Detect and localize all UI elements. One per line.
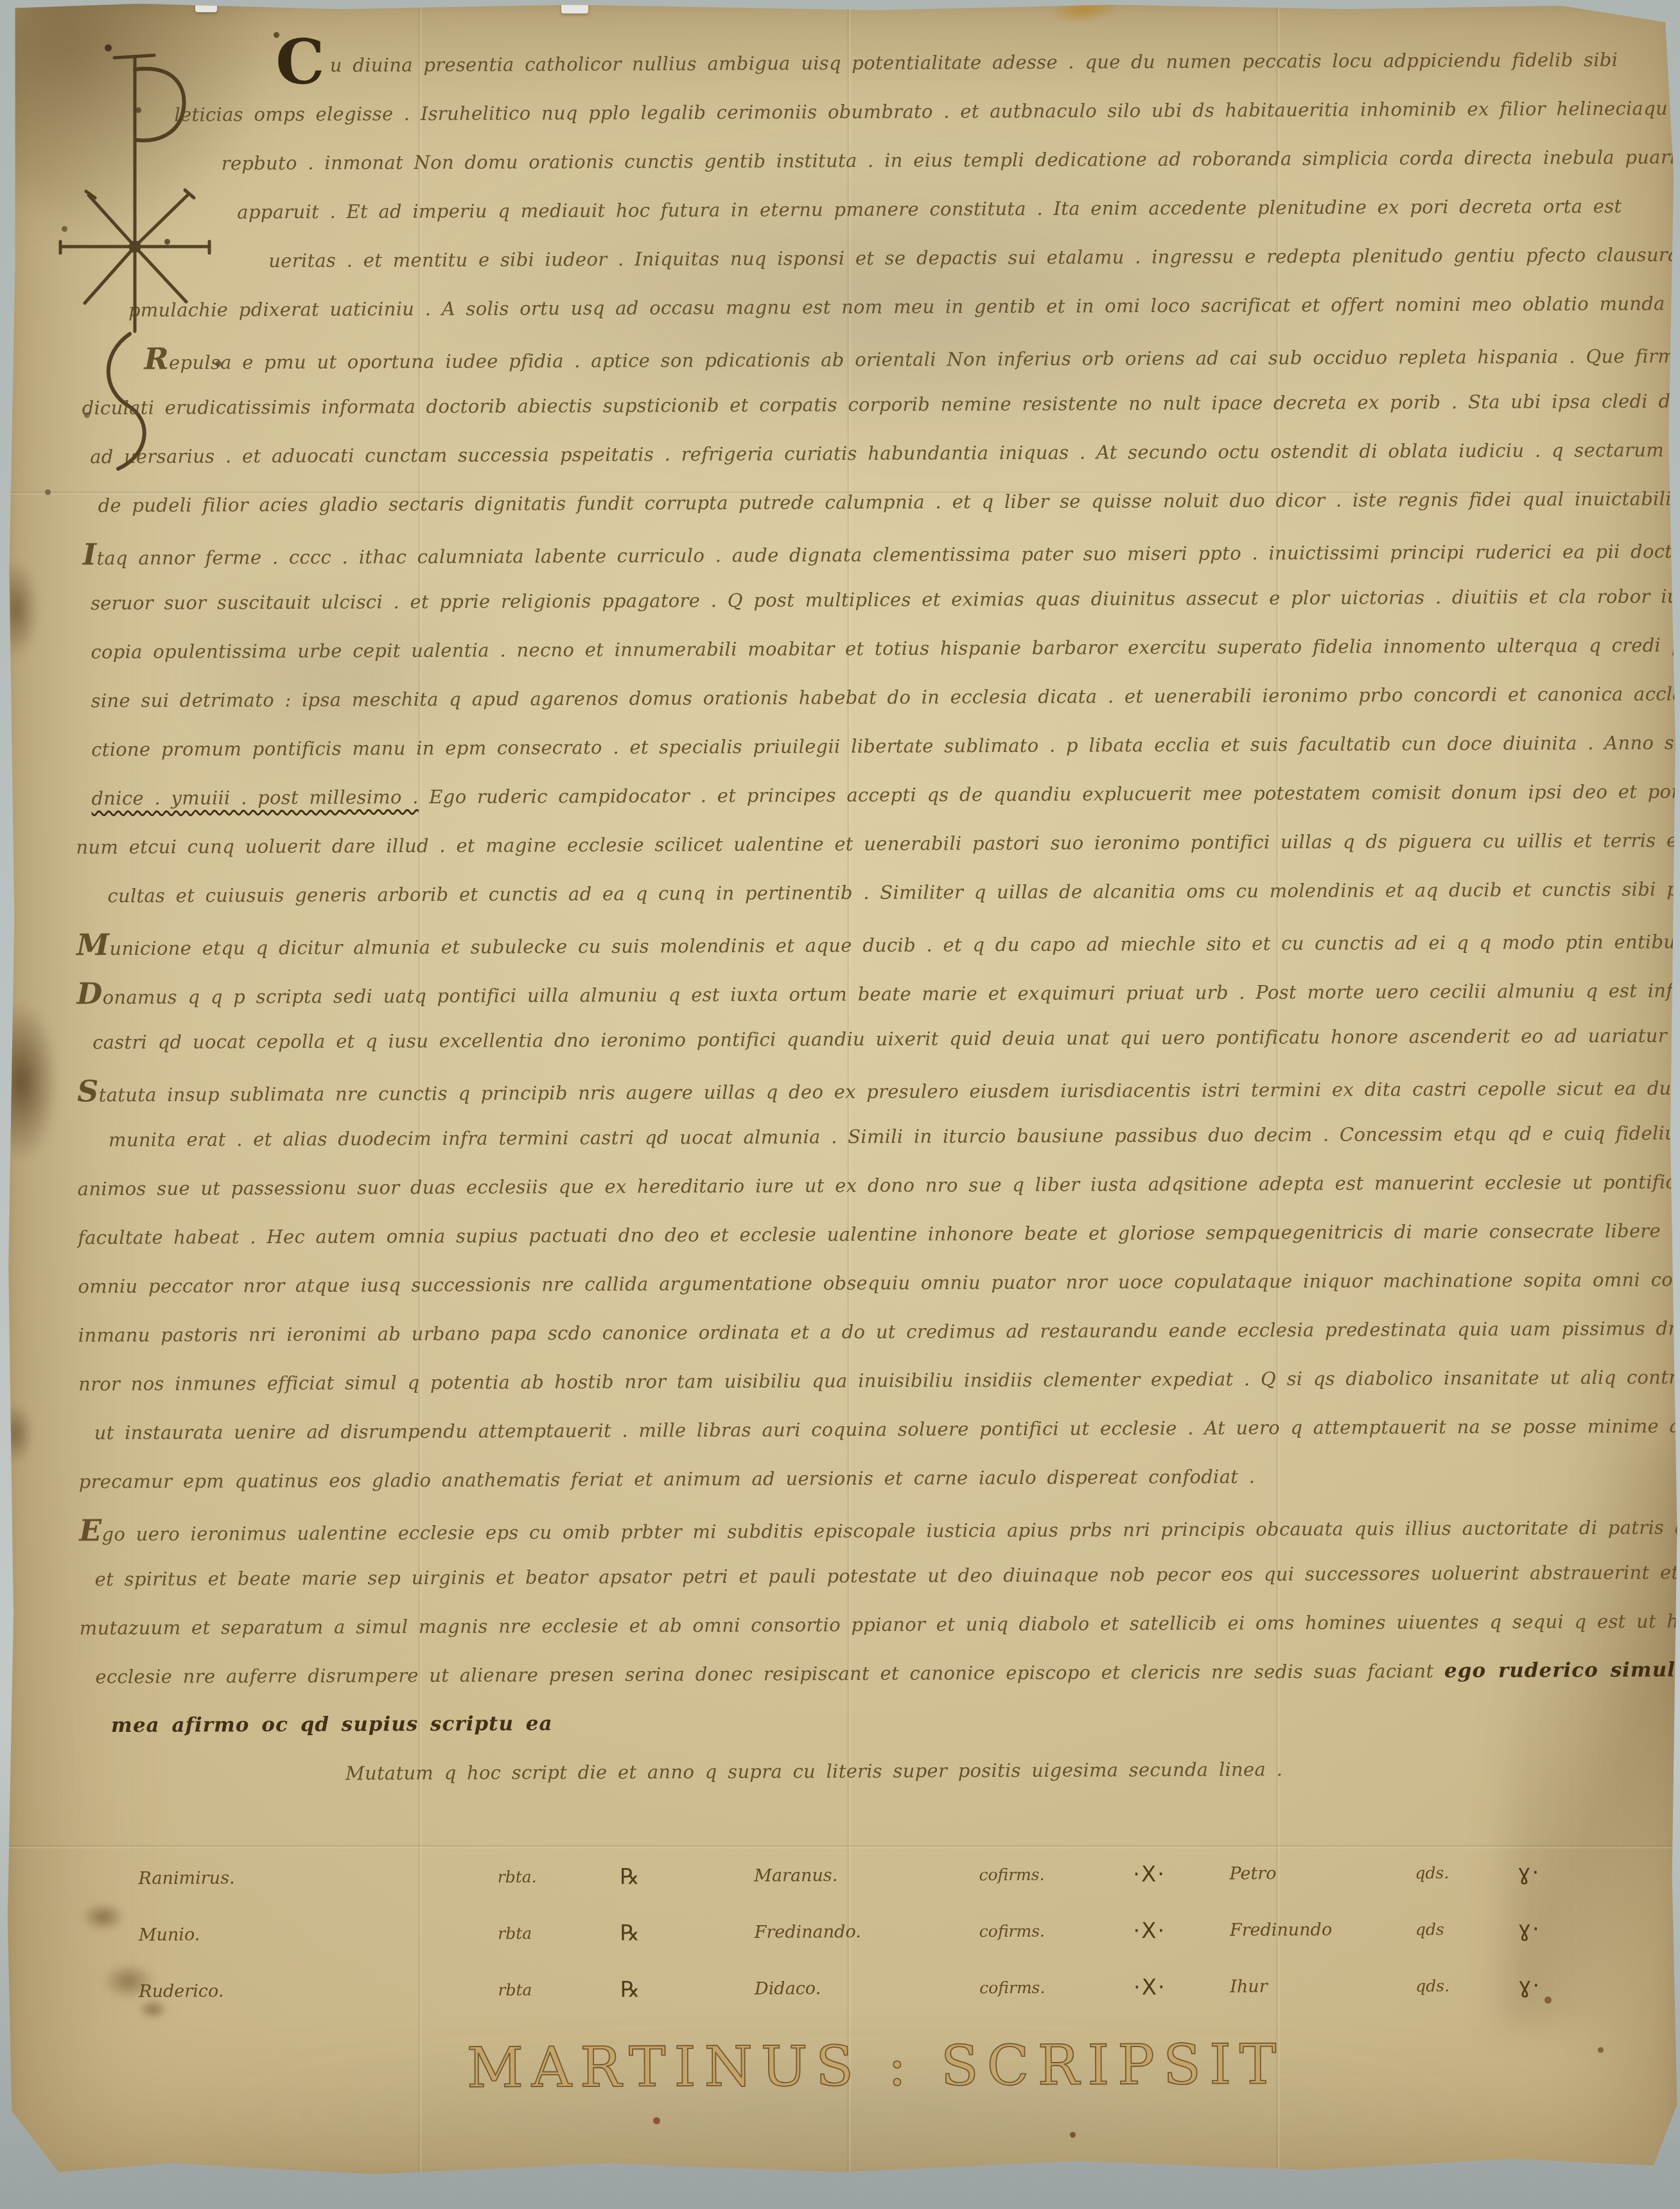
text-segment: seruor suor suscitauit ulcisci . et ppri… <box>91 585 1680 614</box>
signatory-name: Ihur <box>1230 1962 1415 2011</box>
text-segment: tatuta insup sublimata nre cunctis q pri… <box>99 1076 1680 1106</box>
manuscript-line: de pudeli filior acies gladio sectaris d… <box>74 475 1635 530</box>
attestation-label: qds <box>1415 1906 1518 1954</box>
text-segment: apparuit . Et ad imperiu q mediauit hoc … <box>237 195 1622 223</box>
signatory-name: Ranimirus. <box>138 1853 498 1902</box>
manuscript-line: Ego uero ieronimus ualentine ecclesie ep… <box>79 1499 1640 1555</box>
manuscript-line: dnice . ymuiii . post millesimo . Ego ru… <box>76 767 1636 823</box>
text-segment: E <box>79 1513 102 1548</box>
attestation-label: qds. <box>1415 1849 1518 1898</box>
text-segment: animos sue ut passessionu suor duas eccl… <box>78 1170 1680 1200</box>
manuscript-line: omniu peccator nror atque iusq successio… <box>78 1255 1638 1311</box>
dated-clause-underlined: dnice . ymuiii . post millesimo . <box>91 786 418 809</box>
signum-mark: ·X· <box>1133 1963 1230 2011</box>
signatory-name: Fredinundo <box>1230 1906 1415 1954</box>
text-segment: u diuina presentia catholicor nullius am… <box>330 49 1618 76</box>
text-segment: taq annor ferme . cccc . ithac calumniat… <box>96 540 1680 570</box>
text-segment: ueritas . et mentitu e sibi iudeor . Ini… <box>268 243 1680 272</box>
attestation-label: cofirms. <box>979 1851 1133 1899</box>
signatory-name: Munio. <box>139 1910 498 1959</box>
text-segment: mutazuum et separatum a simul magnis nre… <box>80 1610 1680 1639</box>
manuscript-line: castri qd uocat cepolla et q iusu excell… <box>77 1011 1638 1067</box>
autograph-segment: mea afirmo oc qd supius scriptu ea <box>111 1712 553 1737</box>
text-segment: unicione etqu q dicitur almunia et subul… <box>109 930 1680 959</box>
attestation-label: rbta <box>498 1966 620 2014</box>
text-segment: ctione promum pontificis manu in epm con… <box>91 731 1680 760</box>
text-segment: C <box>276 26 325 98</box>
manuscript-line: cultas et cuiusuis generis arborib et cu… <box>76 865 1637 921</box>
manuscript-line: ctione promum pontificis manu in epm con… <box>76 719 1636 774</box>
manuscript-line: Mutatum q hoc script die et anno q supra… <box>80 1743 1641 1799</box>
manuscript-line: ad uersarius . et aduocati cunctam succe… <box>74 426 1635 482</box>
manuscript-line: ueritas . et mentitu e sibi iudeor . Ini… <box>73 231 1634 286</box>
signatory-name: Fredinando. <box>754 1908 979 1957</box>
text-segment: R <box>144 342 169 376</box>
manuscript-line: et spiritus et beate marie sep uirginis … <box>79 1548 1640 1604</box>
signum-mark: ℞ <box>620 1966 755 2014</box>
text-segment: precamur epm quatinus eos gladio anathem… <box>79 1465 1256 1492</box>
manuscript-line: leticias omps elegisse . Isruhelitico nu… <box>73 84 1633 140</box>
text-segment: ad uersarius . et aduocati cunctam succe… <box>90 438 1680 467</box>
text-segment: pmulachie pdixerat uaticiniu . A solis o… <box>128 292 1680 321</box>
text-segment: go uero ieronimus ualentine ecclesie eps… <box>101 1516 1680 1546</box>
charter-text: Cu diuina presentia catholicor nullius a… <box>73 35 1642 2102</box>
signatory-name: Maranus. <box>754 1851 979 1900</box>
text-segment: M <box>76 927 109 962</box>
manuscript-line: diculati erudicatissimis informata docto… <box>74 377 1634 433</box>
text-segment: S <box>77 1074 99 1108</box>
signature-block: Ranimirus.rbta.℞Maranus.cofirms.·X·Petro… <box>138 1849 1648 2016</box>
text-segment: copia opulentissima urbe cepit ualentia … <box>91 634 1680 663</box>
text-segment: cultas et cuiusuis generis arborib et cu… <box>107 878 1680 907</box>
autograph-segment: ego ruderico simul cu coniuge <box>1444 1657 1680 1682</box>
signatory-name: Didaco. <box>755 1964 979 2013</box>
text-segment: I <box>83 537 97 572</box>
text-segment: D <box>76 976 102 1011</box>
manuscript-line: pmulachie pdixerat uaticiniu . A solis o… <box>74 279 1634 335</box>
text-segment: sine sui detrimato : ipsa meschita q apu… <box>91 682 1680 712</box>
signum-mark: ·X· <box>1133 1850 1230 1898</box>
text-segment: de pudeli filior acies gladio sectaris d… <box>98 487 1680 516</box>
attestation-label: qds. <box>1415 1962 1518 2011</box>
manuscript-line: mutazuum et separatum a simul magnis nre… <box>80 1597 1640 1653</box>
text-segment: num etcui cunq uoluerit dare illud . et … <box>76 828 1680 858</box>
manuscript-line: apparuit . Et ad imperiu q mediauit hoc … <box>73 182 1634 238</box>
manuscript-lines: Cu diuina presentia catholicor nullius a… <box>73 35 1641 1799</box>
manuscript-line: Statuta insup sublimata nre cunctis q pr… <box>77 1060 1638 1116</box>
manuscript-line: mea afirmo oc qd supius scriptu ea <box>80 1695 1640 1751</box>
manuscript-line: facultate habeat . Hec autem omnia supiu… <box>78 1207 1638 1262</box>
text-segment: ecclesie nre auferre disrumpere ut alien… <box>95 1660 1444 1688</box>
text-segment: onamus q q p scripta sedi uatq pontifici… <box>103 979 1680 1009</box>
text-segment: Ego ruderic campidocator . et principes … <box>419 779 1680 808</box>
text-segment: facultate habeat . Hec autem omnia supiu… <box>78 1219 1680 1248</box>
charter-photograph: Cu diuina presentia catholicor nullius a… <box>0 0 1680 2209</box>
manuscript-line: Cu diuina presentia catholicor nullius a… <box>73 35 1633 91</box>
text-segment: repbuto . inmonat Non domu orationis cun… <box>222 146 1680 174</box>
manuscript-line: copia opulentissima urbe cepit ualentia … <box>75 621 1636 677</box>
manuscript-line: nror nos inmunes efficiat simul q potent… <box>78 1353 1639 1409</box>
text-segment: omniu peccator nror atque iusq successio… <box>78 1268 1680 1297</box>
signum-mark: ɣ· <box>1518 1849 1647 1897</box>
signum-mark: ɣ· <box>1518 1962 1648 2010</box>
manuscript-line: seruor suor suscitauit ulcisci . et ppri… <box>75 572 1636 628</box>
signatory-name: Ruderico. <box>139 1966 498 2015</box>
attestation-label: rbta <box>498 1910 620 1958</box>
text-segment: et spiritus et beate marie sep uirginis … <box>95 1560 1680 1590</box>
text-segment: inmanu pastoris nri ieronimi ab urbano p… <box>78 1316 1680 1346</box>
signatory-name: Petro <box>1229 1849 1415 1898</box>
text-segment: nror nos inmunes efficiat simul q potent… <box>78 1365 1680 1395</box>
manuscript-line: sine sui detrimato : ipsa meschita q apu… <box>75 670 1636 726</box>
text-segment: munita erat . et alias duodecim infra te… <box>109 1122 1680 1151</box>
signum-mark: ·X· <box>1133 1907 1230 1955</box>
signum-mark: ℞ <box>620 1909 754 1957</box>
text-segment: Mutatum q hoc script die et anno q supra… <box>346 1758 1282 1784</box>
attestation-label: cofirms. <box>979 1907 1133 1955</box>
manuscript-line: inmanu pastoris nri ieronimi ab urbano p… <box>78 1304 1639 1360</box>
manuscript-line: Donamus q q p scripta sedi uatq pontific… <box>76 963 1637 1018</box>
manuscript-line: Itaq annor ferme . cccc . ithac calumnia… <box>74 523 1635 579</box>
parchment-sheet: Cu diuina presentia catholicor nullius a… <box>5 3 1679 2181</box>
manuscript-line: Repulsa e pmu ut oportuna iudee pfidia .… <box>74 328 1634 384</box>
signum-mark: ℞ <box>620 1853 754 1901</box>
colophon-scripsit: MARTINUS : SCRIPSIT <box>467 2031 1642 2100</box>
text-segment: castri qd uocat cepolla et q iusu excell… <box>92 1024 1680 1053</box>
text-segment: epulsa e pmu ut oportuna iudee pfidia . … <box>169 345 1680 374</box>
manuscript-line: munita erat . et alias duodecim infra te… <box>77 1109 1638 1165</box>
manuscript-line: ecclesie nre auferre disrumpere ut alien… <box>80 1646 1640 1702</box>
manuscript-line: precamur epm quatinus eos gladio anathem… <box>79 1451 1640 1506</box>
manuscript-line: num etcui cunq uoluerit dare illud . et … <box>76 816 1636 872</box>
text-segment: leticias omps elegisse . Isruhelitico nu… <box>174 97 1668 125</box>
manuscript-line: ut instaurata uenire ad disrumpendu atte… <box>78 1402 1639 1458</box>
manuscript-line: repbuto . inmonat Non domu orationis cun… <box>73 133 1634 189</box>
attestation-label: rbta. <box>498 1853 620 1901</box>
text-segment: ut instaurata uenire ad disrumpendu atte… <box>94 1414 1680 1444</box>
manuscript-line: animos sue ut passessionu suor duas eccl… <box>78 1158 1638 1214</box>
signum-mark: ɣ· <box>1518 1905 1648 1953</box>
manuscript-line: Municione etqu q dicitur almunia et subu… <box>76 914 1637 970</box>
attestation-label: cofirms. <box>979 1964 1133 2012</box>
text-segment: diculati erudicatissimis informata docto… <box>82 389 1680 419</box>
